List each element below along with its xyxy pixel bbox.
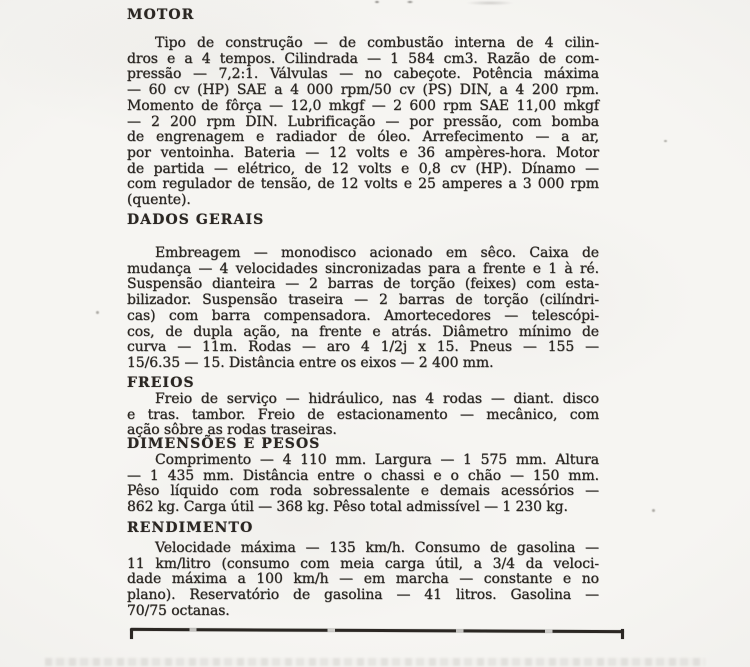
section-heading-rendimento: RENDIMENTO [127, 521, 599, 536]
cropped-text-fragment-bottom [45, 658, 705, 666]
text-line: 15/6.35 — 15. Distância entre os eixos —… [127, 356, 599, 372]
text-line: plano). Reservatório de gasolina — 41 li… [127, 588, 599, 604]
section-freios: FREIOS Freio de serviço — hidráulico, na… [127, 376, 599, 439]
section-rendimento: RENDIMENTO Velocidade máxima — 135 km/h.… [127, 521, 599, 620]
section-heading-dimensoes-e-pesos: DIMENSÕES E PESOS [127, 437, 599, 452]
text-line: bilizador. Suspensão traseira — 2 barras… [127, 293, 599, 309]
divider-rule-left-cap [130, 629, 133, 639]
text-line: 862 kg. Carga útil — 368 kg. Pêso total … [127, 500, 599, 516]
text-line: por ventoinha. Bateria — 12 volts e 36 a… [127, 146, 599, 162]
paragraph-rendimento: Velocidade máxima — 135 km/h. Consumo de… [127, 541, 599, 620]
text-line: Velocidade máxima — 135 km/h. Consumo de… [127, 541, 599, 557]
section-dimensoes-e-pesos: DIMENSÕES E PESOS Comprimento — 4 110 mm… [127, 437, 599, 516]
text-line: Momento de fôrça — 12,0 mkgf — 2 600 rpm… [127, 99, 599, 115]
scan-speck [96, 311, 99, 314]
divider-rule-bar [130, 628, 624, 633]
text-line: de engrenagem e radiador de óleo. Arrefe… [127, 130, 599, 146]
scan-speck [664, 140, 667, 142]
text-line: com regulador de tensão, de 12 volts e 2… [127, 177, 599, 193]
text-line: Pêso líquido com roda sobressalente e de… [127, 484, 599, 500]
section-heading-motor: MOTOR [127, 8, 599, 23]
text-line: Embreagem — monodisco acionado em sêco. … [127, 246, 599, 262]
paragraph-motor: Tipo de construção — de combustão intern… [127, 36, 599, 209]
paragraph-dados-gerais: Embreagem — monodisco acionado em sêco. … [127, 246, 599, 372]
text-line: — 60 cv (HP) SAE a 4 000 rpm/50 cv (PS) … [127, 83, 599, 99]
text-line: curva — 11m. Rodas — aro 4 1/2j x 15. Pn… [127, 340, 599, 356]
section-heading-dados-gerais: DADOS GERAIS [127, 213, 599, 228]
text-line: de partida — elétrico, de 12 volts e 0,8… [127, 162, 599, 178]
text-line: cos, de dupla ação, na frente e atrás. D… [127, 325, 599, 341]
text-line: — 2 200 rpm DIN. Lubrificação — por pres… [127, 115, 599, 131]
section-heading-freios: FREIOS [127, 376, 599, 391]
text-line: pressão — 7,2:1. Válvulas — no cabeçote.… [127, 67, 599, 83]
text-line: Tipo de construção — de combustão intern… [127, 36, 599, 52]
cropped-text-fragment-top [360, 0, 540, 5]
text-line: dade máxima a 100 km/h — em marcha — con… [127, 572, 599, 588]
paragraph-dimensoes-e-pesos: Comprimento — 4 110 mm. Largura — 1 575 … [127, 453, 599, 516]
scan-speck [652, 509, 655, 512]
divider-rule [130, 627, 624, 639]
section-dados-gerais: DADOS GERAIS Embreagem — monodisco acion… [127, 213, 599, 372]
text-line: 70/75 octanas. [127, 604, 599, 620]
section-motor: MOTOR Tipo de construção — de combustão … [127, 8, 599, 209]
text-line: Suspensão dianteira — 2 barras de torção… [127, 277, 599, 293]
text-line: Comprimento — 4 110 mm. Largura — 1 575 … [127, 453, 599, 469]
paragraph-freios: Freio de serviço — hidráulico, nas 4 rod… [127, 392, 599, 439]
text-line: cas) com barra compensadora. Amortecedor… [127, 309, 599, 325]
divider-rule-right-cap [621, 629, 624, 639]
text-line: (quente). [127, 193, 599, 209]
text-line: Freio de serviço — hidráulico, nas 4 rod… [127, 392, 599, 408]
scanned-page: { "colors": { "ink": "#2b2723", "paper":… [0, 0, 750, 667]
